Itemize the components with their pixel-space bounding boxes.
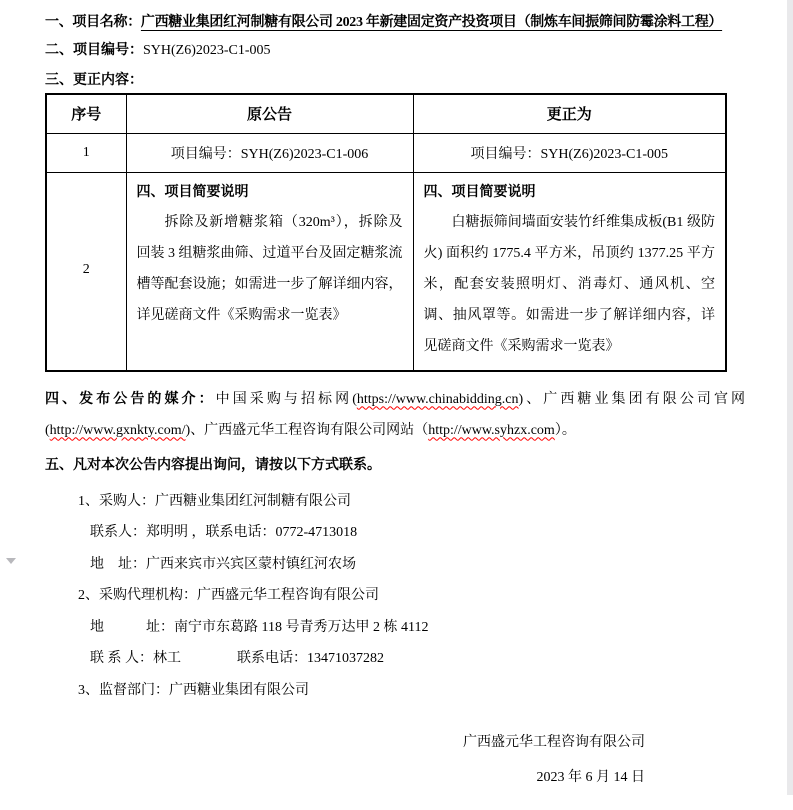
contact-agency-address: 地 址：南宁市东葛路 118 号青秀万达甲 2 栋 4112 (90, 612, 745, 644)
contact-agency: 2、采购代理机构：广西盛元华工程咨询有限公司 (78, 580, 745, 612)
table-header-row: 序号 原公告 更正为 (46, 94, 726, 133)
signature-company: 广西盛元华工程咨询有限公司 (45, 733, 645, 752)
media-text: 、广西糖业集团有限公司官网 (523, 392, 745, 407)
contact-buyer: 1、采购人：广西糖业集团红河制糖有限公司 (78, 486, 745, 518)
media-text: 、广西盛元华工程咨询有限公司网站 (190, 423, 414, 438)
paren: ） (555, 423, 562, 438)
url-gxnkty: http://www.gxnkty.com/ (50, 423, 186, 438)
contact-agency-person: 联 系 人：林工 联系电话：13471037282 (90, 643, 745, 675)
table-row-2: 2 四、项目简要说明 拆除及新增糖浆箱（320m³），拆除及回装 3 组糖浆曲筛… (46, 172, 726, 371)
signature-date: 2023 年 6 月 14 日 (45, 768, 645, 787)
col-header-corrected: 更正为 (413, 94, 726, 133)
contact-buyer-address: 地 址：广西来宾市兴宾区蒙村镇红河农场 (90, 549, 745, 581)
scrollbar-track[interactable] (787, 0, 793, 795)
inquiry-section-heading: 五、凡对本次公告内容提出询问，请按以下方式联系。 (45, 455, 745, 477)
contact-supervisor: 3、监督部门：广西糖业集团有限公司 (78, 675, 745, 707)
project-name-label: 一、项目名称： (45, 15, 141, 30)
row1-seq: 1 (46, 133, 126, 172)
project-number-value: SYH(Z6)2023-C1-005 (143, 43, 271, 58)
correction-table: 序号 原公告 更正为 1 项目编号：SYH(Z6)2023-C1-006 项目编… (45, 93, 727, 372)
url-syhzx: http://www.syhzx.com (428, 423, 555, 438)
row2-corrected-cell: 四、项目简要说明 白糖振筛间墙面安装竹纤维集成板(B1 级防火) 面积约 177… (413, 172, 726, 371)
project-number-label: 二、项目编号： (45, 43, 143, 58)
col-header-original: 原公告 (126, 94, 413, 133)
row2-original-heading: 四、项目简要说明 (137, 179, 403, 207)
contact-list: 1、采购人：广西糖业集团红河制糖有限公司 联系人：郑明明 ，联系电话：0772-… (45, 486, 745, 707)
publish-media-label: 四、发布公告的媒介： (45, 392, 216, 407)
project-name-line: 一、项目名称：广西糖业集团红河制糖有限公司 2023 年新建固定资产投资项目（制… (45, 13, 745, 32)
row2-corrected-body: 白糖振筛间墙面安装竹纤维集成板(B1 级防火) 面积约 1775.4 平方米，吊… (424, 207, 716, 362)
row1-original: 项目编号：SYH(Z6)2023-C1-006 (126, 133, 413, 172)
row2-original-body: 拆除及新增糖浆箱（320m³），拆除及回装 3 组糖浆曲筛、过道平台及固定糖浆流… (137, 207, 403, 331)
media-url-group-3: （http://www.syhzx.com） (414, 423, 562, 438)
row2-seq: 2 (46, 172, 126, 371)
paren: （ (414, 423, 428, 438)
row2-corrected-heading: 四、项目简要说明 (424, 179, 716, 207)
project-number-line: 二、项目编号：SYH(Z6)2023-C1-005 (45, 41, 745, 60)
correction-section-heading: 三、更正内容： (45, 71, 745, 90)
url-chinabidding: https://www.chinabidding.cn (357, 392, 519, 407)
col-header-seq: 序号 (46, 94, 126, 133)
document-page: 一、项目名称：广西糖业集团红河制糖有限公司 2023 年新建固定资产投资项目（制… (0, 0, 787, 810)
row2-original-cell: 四、项目简要说明 拆除及新增糖浆箱（320m³），拆除及回装 3 组糖浆曲筛、过… (126, 172, 413, 371)
media-text: 。 (562, 423, 576, 438)
table-row-1: 1 项目编号：SYH(Z6)2023-C1-006 项目编号：SYH(Z6)20… (46, 133, 726, 172)
contact-buyer-person: 联系人：郑明明 ，联系电话：0772-4713018 (90, 517, 745, 549)
signature-block: 广西盛元华工程咨询有限公司 2023 年 6 月 14 日 (45, 733, 645, 787)
media-text: 中国采购与招标网 (216, 392, 353, 407)
row1-corrected: 项目编号：SYH(Z6)2023-C1-005 (413, 133, 726, 172)
outline-collapse-icon[interactable] (6, 558, 16, 564)
media-url-group-2: (http://www.gxnkty.com/) (45, 423, 190, 438)
media-url-group-1: (https://www.chinabidding.cn) (352, 392, 523, 407)
publish-media-line: 四、发布公告的媒介：中国采购与招标网(https://www.chinabidd… (45, 384, 745, 446)
project-name-value: 广西糖业集团红河制糖有限公司 2023 年新建固定资产投资项目（制炼车间振筛间防… (141, 15, 722, 30)
